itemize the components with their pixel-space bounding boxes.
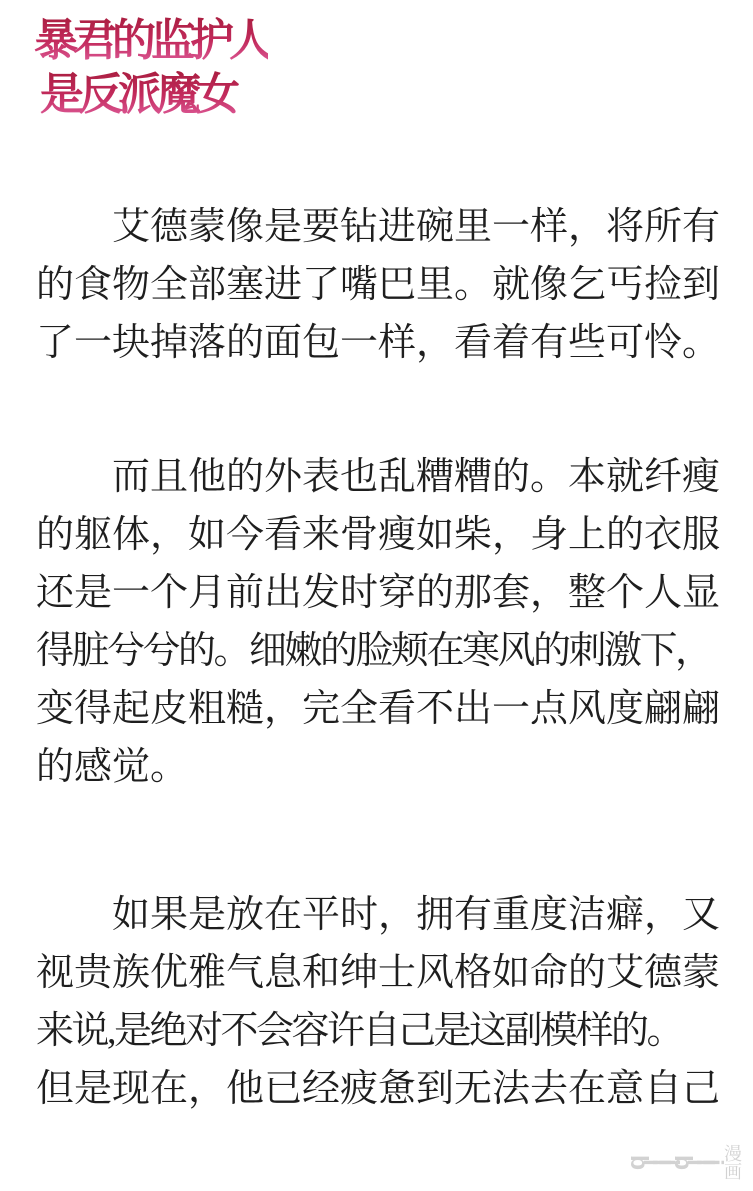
paragraph-2: 而且他的外表也乱糟糟的。本就纤瘦 的躯体，如今看来骨瘦如柴，身上的衣服 还是一个… bbox=[36, 448, 753, 796]
series-logo: 暴君的监护人 是反派魔女 bbox=[34, 14, 268, 122]
novel-text-page: 艾德蒙像是要钻进碗里一样，将所有 的食物全部塞进了嘴巴里。就像乞丐捡到 了一块掉… bbox=[0, 198, 753, 1118]
text-line: 的食物全部塞进了嘴巴里。就像乞丐捡到 bbox=[36, 256, 753, 314]
bilibili-watermark: bilibili 漫画 bbox=[630, 1145, 743, 1181]
text-line: 艾德蒙像是要钻进碗里一样，将所有 bbox=[36, 198, 753, 256]
text-line: 得脏兮兮的。细嫩的脸颊在寒风的刺激下， bbox=[36, 622, 753, 680]
logo-title-line-2: 是反派魔女 bbox=[34, 68, 268, 122]
text-line: 了一块掉落的面包一样，看着有些可怜。 bbox=[36, 314, 753, 372]
text-line: 而且他的外表也乱糟糟的。本就纤瘦 bbox=[36, 448, 753, 506]
text-line: 如果是放在平时，拥有重度洁癖，又 bbox=[36, 886, 753, 944]
paragraph-3: 如果是放在平时，拥有重度洁癖，又 视贵族优雅气息和绅士风格如命的艾德蒙 来说,是… bbox=[36, 886, 753, 1118]
text-line: 还是一个月前出发时穿的那套，整个人显 bbox=[36, 564, 753, 622]
text-line: 视贵族优雅气息和绅士风格如命的艾德蒙 bbox=[36, 944, 753, 1002]
bilibili-logo-text: bilibili bbox=[630, 1149, 718, 1178]
text-line: 的感觉。 bbox=[36, 738, 753, 796]
text-line: 来说,是绝对不会容许自己是这副模样的。 bbox=[36, 1002, 753, 1060]
logo-title-line-1: 暴君的监护人 bbox=[34, 14, 268, 68]
text-line: 变得起皮粗糙，完全看不出一点风度翩翩 bbox=[36, 680, 753, 738]
paragraph-1: 艾德蒙像是要钻进碗里一样，将所有 的食物全部塞进了嘴巴里。就像乞丐捡到 了一块掉… bbox=[36, 198, 753, 372]
text-line: 的躯体，如今看来骨瘦如柴，身上的衣服 bbox=[36, 506, 753, 564]
text-line: 但是现在，他已经疲惫到无法去在意自己 bbox=[36, 1060, 753, 1118]
